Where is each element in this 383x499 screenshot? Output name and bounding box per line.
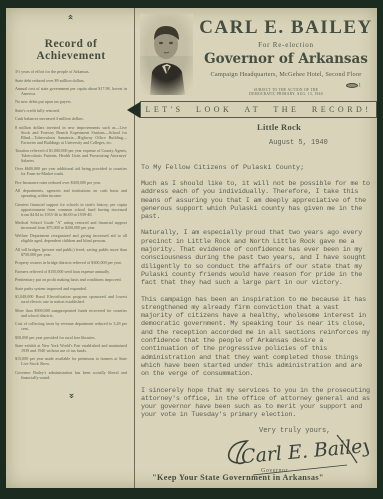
- office-title: Governor of Arkansas: [195, 51, 377, 67]
- record-item: Welfare Department reorganized and givin…: [15, 234, 127, 244]
- record-item: Farmers relieved of $150,000 seed loan e…: [15, 270, 127, 275]
- record-item: Property owners in bridge districts reli…: [15, 261, 127, 266]
- letterhead: CARL E. BAILEY For Re-election Governor …: [135, 8, 377, 100]
- paper-sheet: « Record of Achievement 3½ years of effo…: [6, 8, 377, 488]
- candidate-name: CARL E. BAILEY: [195, 17, 377, 39]
- record-item: $50,000 per year provided for rural free…: [15, 336, 127, 341]
- primary-subject-block: SUBJECT TO THE ACTION OF THE DEMOCRATIC …: [195, 82, 377, 100]
- record-item: State exhibit at New York World's Fair e…: [15, 344, 127, 354]
- record-item: Governor Bailey's administration has bee…: [15, 371, 127, 381]
- record-item: $1,048,000 Rural Electrification program…: [15, 295, 127, 305]
- footer-quote: "Keep Your State Government in Arkansas": [117, 473, 359, 482]
- letter-salutation: To My Fellow Citizens of Pulaski County;: [141, 164, 373, 172]
- record-item: Cost of collecting taxes by revenue depa…: [15, 322, 127, 332]
- record-item: Greatest financial support for schools i…: [15, 203, 127, 218]
- record-item: Over $600,000 per year additional aid be…: [15, 167, 127, 177]
- double-chevron-up-ornament-icon: «: [15, 12, 127, 22]
- record-item: State debt reduced over $9 million dolla…: [15, 79, 127, 84]
- letter-paragraph: This campaign has been an inspiration to…: [141, 296, 373, 379]
- letter-body: Little Rock August 5, 1940 To My Fellow …: [141, 122, 373, 479]
- union-label-number: 1: [359, 84, 362, 89]
- double-chevron-down-ornament-icon: «: [15, 391, 127, 401]
- record-item: Medical School Grade "A" rating restored…: [15, 221, 127, 231]
- letterhead-text-block: CARL E. BAILEY For Re-election Governor …: [195, 8, 377, 100]
- campaign-letter-page: « Record of Achievement 3½ years of effo…: [0, 0, 383, 499]
- record-item: Cash balances increased 4 million dollar…: [15, 117, 127, 122]
- letter-column: CARL E. BAILEY For Re-election Governor …: [135, 8, 377, 488]
- re-election-subtitle: For Re-election: [195, 41, 377, 49]
- banner-left-arrowhead-icon: [127, 102, 140, 118]
- record-item: Fire Insurance rates reduced over $300,0…: [15, 181, 127, 186]
- record-item: $15,000 per year made available for prem…: [15, 357, 127, 367]
- banner-slogan: LET'S LOOK AT THE RECORD!: [146, 105, 372, 114]
- record-item: 3½ years of effort for the people of Ark…: [15, 70, 127, 75]
- record-item: Taxation relieved of $1,000,000 per year…: [15, 149, 127, 164]
- letter-place: Little Rock: [257, 122, 373, 132]
- letter-paragraphs: Much as I should like to, it will not be…: [141, 180, 373, 420]
- record-item: Penitentiary put on profit making basis …: [15, 278, 127, 283]
- union-printer-label-icon: 1: [346, 83, 361, 89]
- subject-line-1: SUBJECT TO THE ACTION OF THE: [254, 88, 318, 92]
- letter-paragraph: Much as I should like to, it will not be…: [141, 180, 373, 221]
- letter-date: August 5, 1940: [269, 139, 373, 147]
- record-items-list: 3½ years of effort for the people of Ark…: [15, 70, 127, 381]
- record-title: Record of Achievement: [15, 38, 127, 62]
- record-of-achievement-column: « Record of Achievement 3½ years of effo…: [6, 8, 133, 488]
- record-item: State parks system improved and expanded…: [15, 287, 127, 292]
- record-item: No new debts put upon tax payers.: [15, 100, 127, 105]
- record-item: Annual cost of state government per capi…: [15, 87, 127, 97]
- record-item: All toll bridges (private and public) fr…: [15, 248, 127, 258]
- subject-line-2: DEMOCRATIC PRIMARY, AUG. 13, 1940: [249, 92, 323, 96]
- candidate-portrait-photo: [140, 14, 193, 95]
- campaign-address: Campaign Headquarters, McGehee Hotel, Se…: [195, 71, 377, 78]
- record-item: More than $900,000 unappropriated funds …: [15, 309, 127, 319]
- record-banner: LET'S LOOK AT THE RECORD!: [140, 101, 377, 118]
- record-item: 8 million dollars invested in new improv…: [15, 126, 127, 146]
- record-item: State's credit fully restored.: [15, 109, 127, 114]
- letter-paragraph: I sincerely hope that my services to you…: [141, 387, 373, 420]
- letter-paragraph: Naturally, I am especially proud that tw…: [141, 229, 373, 287]
- record-item: All departments, agencies and institutio…: [15, 189, 127, 199]
